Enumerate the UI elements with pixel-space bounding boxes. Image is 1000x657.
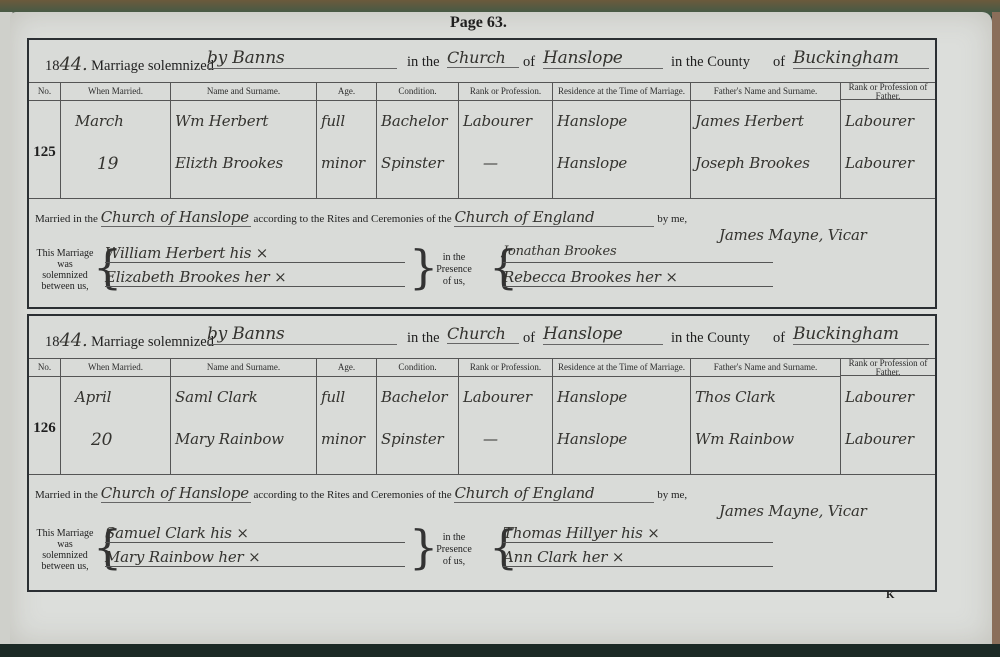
solemnized-label: This Marriagewassolemnizedbetween us, — [33, 248, 97, 292]
of-label: of — [523, 54, 535, 71]
entry-number: 125 — [29, 144, 60, 161]
col-when-married: When Married.April20 — [61, 358, 171, 474]
bride-signature: Mary Rainbow her × — [105, 548, 405, 567]
place-type: Church — [447, 48, 519, 68]
col-when-married: When Married.March19 — [61, 82, 171, 198]
parish: Hanslope — [543, 324, 663, 345]
col-condition: Condition.BachelorSpinster — [377, 82, 459, 198]
col-residence: Residence at the Time of Marriage.Hanslo… — [553, 358, 691, 474]
county-label: in the County — [671, 54, 750, 71]
married-in-line: Married in the Church of Hanslope accord… — [35, 208, 687, 227]
col-age: Age.fullminor — [317, 82, 377, 198]
col-father: Father's Name and Surname.James HerbertJ… — [691, 82, 841, 198]
of-label: of — [523, 330, 535, 347]
solemnized-by: by Banns — [207, 48, 397, 69]
col-age: Age.fullminor — [317, 358, 377, 474]
entry-number: 126 — [29, 420, 60, 437]
entry-table: No.126 When Married.April20 Name and Sur… — [29, 358, 935, 475]
marriage-entry: 1844. Marriage solemnized by Banns in th… — [27, 314, 937, 592]
col-name: Name and Surname.Saml ClarkMary Rainbow — [171, 358, 317, 474]
printer-mark: K — [886, 589, 895, 601]
married-in-line: Married in the Church of Hanslope accord… — [35, 484, 687, 503]
county: Buckingham — [793, 48, 929, 69]
witness-signature: Rebecca Brookes her × — [503, 268, 773, 287]
witness-signature: Ann Clark her × — [503, 548, 773, 567]
place-type: Church — [447, 324, 519, 344]
in-the-label: in the — [407, 54, 440, 71]
in-the-label: in the — [407, 330, 440, 347]
year-label: 1844. Marriage solemnized — [45, 330, 214, 351]
year-label: 1844. Marriage solemnized — [45, 54, 214, 75]
col-no: No.126 — [29, 358, 61, 474]
col-no: No.125 — [29, 82, 61, 198]
presence-label: in thePresenceof us, — [429, 532, 479, 568]
col-rank: Rank or Profession.Labourer— — [459, 358, 553, 474]
rites: Church of England — [454, 208, 654, 227]
groom-signature: William Herbert his × — [105, 244, 405, 263]
bride-signature: Elizabeth Brookes her × — [105, 268, 405, 287]
officiant-signature: James Mayne, Vicar — [719, 226, 867, 244]
solemnized-by: by Banns — [207, 324, 397, 345]
marriage-entry: 1844. Marriage solemnized by Banns in th… — [27, 38, 937, 309]
of-label: of — [773, 54, 785, 71]
solemnized-label: This Marriagewassolemnizedbetween us, — [33, 528, 97, 572]
parish: Hanslope — [543, 48, 663, 69]
book-cover-right-edge — [992, 12, 1000, 644]
entry-header: 1844. Marriage solemnized by Banns in th… — [29, 40, 935, 83]
married-in-place: Church of Hanslope — [101, 484, 251, 503]
col-condition: Condition.BachelorSpinster — [377, 358, 459, 474]
book-cover-bottom-edge — [0, 644, 1000, 657]
col-father-rank: Rank or Profession of Father.LabourerLab… — [841, 82, 935, 198]
of-label: of — [773, 330, 785, 347]
col-rank: Rank or Profession.Labourer— — [459, 82, 553, 198]
page-number: Page 63. — [450, 14, 507, 32]
presence-label: in thePresenceof us, — [429, 252, 479, 288]
col-residence: Residence at the Time of Marriage.Hanslo… — [553, 82, 691, 198]
col-name: Name and Surname.Wm HerbertElizth Brooke… — [171, 82, 317, 198]
witness-signature: Jonathan Brookes — [503, 244, 773, 263]
county-label: in the County — [671, 330, 750, 347]
groom-signature: Samuel Clark his × — [105, 524, 405, 543]
officiant-signature: James Mayne, Vicar — [719, 502, 867, 520]
entry-table: No.125 When Married.March19 Name and Sur… — [29, 82, 935, 199]
col-father: Father's Name and Surname.Thos ClarkWm R… — [691, 358, 841, 474]
married-in-place: Church of Hanslope — [101, 208, 251, 227]
rites: Church of England — [454, 484, 654, 503]
col-father-rank: Rank or Profession of Father.LabourerLab… — [841, 358, 935, 474]
entry-header: 1844. Marriage solemnized by Banns in th… — [29, 316, 935, 359]
county: Buckingham — [793, 324, 929, 345]
witness-signature: Thomas Hillyer his × — [503, 524, 773, 543]
